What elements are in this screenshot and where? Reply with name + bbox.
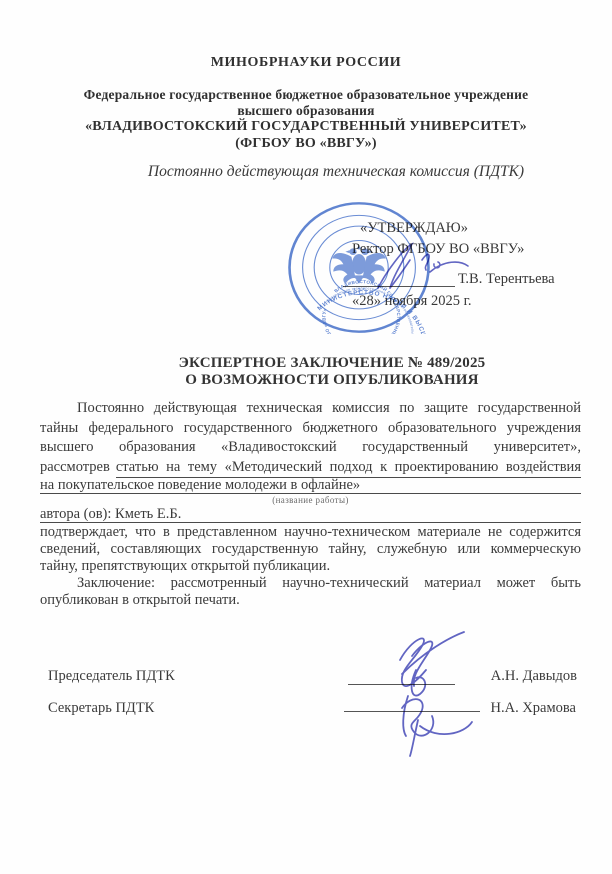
body-line: высшего образования «Владивостокский гос… [40, 438, 581, 458]
chairman-role-label: Председатель ПДТК [48, 668, 175, 685]
chairman-name: А.Н. Давыдов [491, 668, 577, 685]
secretary-name: Н.А. Храмова [491, 700, 577, 717]
ministry-heading: МИНОБРНАУКИ РОССИИ [0, 55, 612, 71]
document-page: МИНОБРНАУКИ РОССИИ Федеральное государст… [0, 0, 612, 874]
org-name-line1: Федеральное государственное бюджетное об… [0, 87, 612, 103]
document-title-line1: ЭКСПЕРТНОЕ ЗАКЛЮЧЕНИЕ № 489/2025 [26, 355, 612, 372]
work-title-line: рассмотрев статью на тему «Методический … [40, 458, 581, 478]
work-title-caption: (название работы) [40, 494, 581, 506]
work-title-line2: на покупательское поведение молодежи в о… [40, 478, 581, 494]
body-line: опубликован в открытой печати. [40, 592, 581, 609]
body-text: Постоянно действующая техническая комисс… [40, 399, 581, 609]
org-name-line4: (ФГБОУ ВО «ВВГУ») [0, 136, 612, 152]
rector-signature-ink [360, 238, 475, 294]
body-line: тайны федерального государственного бюдж… [40, 419, 581, 439]
blank-underline [360, 478, 581, 494]
body-line: рассмотрев [40, 458, 116, 478]
seal-outer-ring-text: МИНИСТЕРСТВО НАУКИ И ВЫСШЕГО ОБРАЗОВАНИЯ… [297, 289, 429, 334]
body-line: Постоянно действующая техническая комисс… [40, 399, 581, 419]
body-line: Заключение: рассмотренный научно-техниче… [40, 575, 581, 592]
authors-underlined: автора (ов): Кметь Е.Б. [40, 506, 181, 523]
body-line: тайну, препятствующих открытой публикаци… [40, 558, 581, 575]
work-title-underlined: статью на тему «Методический подход к пр… [116, 458, 581, 478]
authors-line: автора (ов): Кметь Е.Б. [40, 506, 581, 523]
work-title-underlined: на покупательское поведение молодежи в о… [40, 478, 360, 494]
committee-subtitle: Постоянно действующая техническая комисс… [30, 163, 612, 181]
document-title-line2: О ВОЗМОЖНОСТИ ОПУБЛИКОВАНИЯ [26, 372, 612, 389]
committee-signatures-ink [372, 630, 487, 758]
org-name-line3: «ВЛАДИВОСТОКСКИЙ ГОСУДАРСТВЕННЫЙ УНИВЕРС… [0, 119, 612, 135]
secretary-role-label: Секретарь ПДТК [48, 700, 154, 717]
body-line: сведений, составляющих государственную т… [40, 541, 581, 558]
org-name-line2: высшего образования [0, 103, 612, 119]
blank-underline [181, 506, 581, 523]
body-line: подтверждает, что в представленном научн… [40, 524, 581, 541]
